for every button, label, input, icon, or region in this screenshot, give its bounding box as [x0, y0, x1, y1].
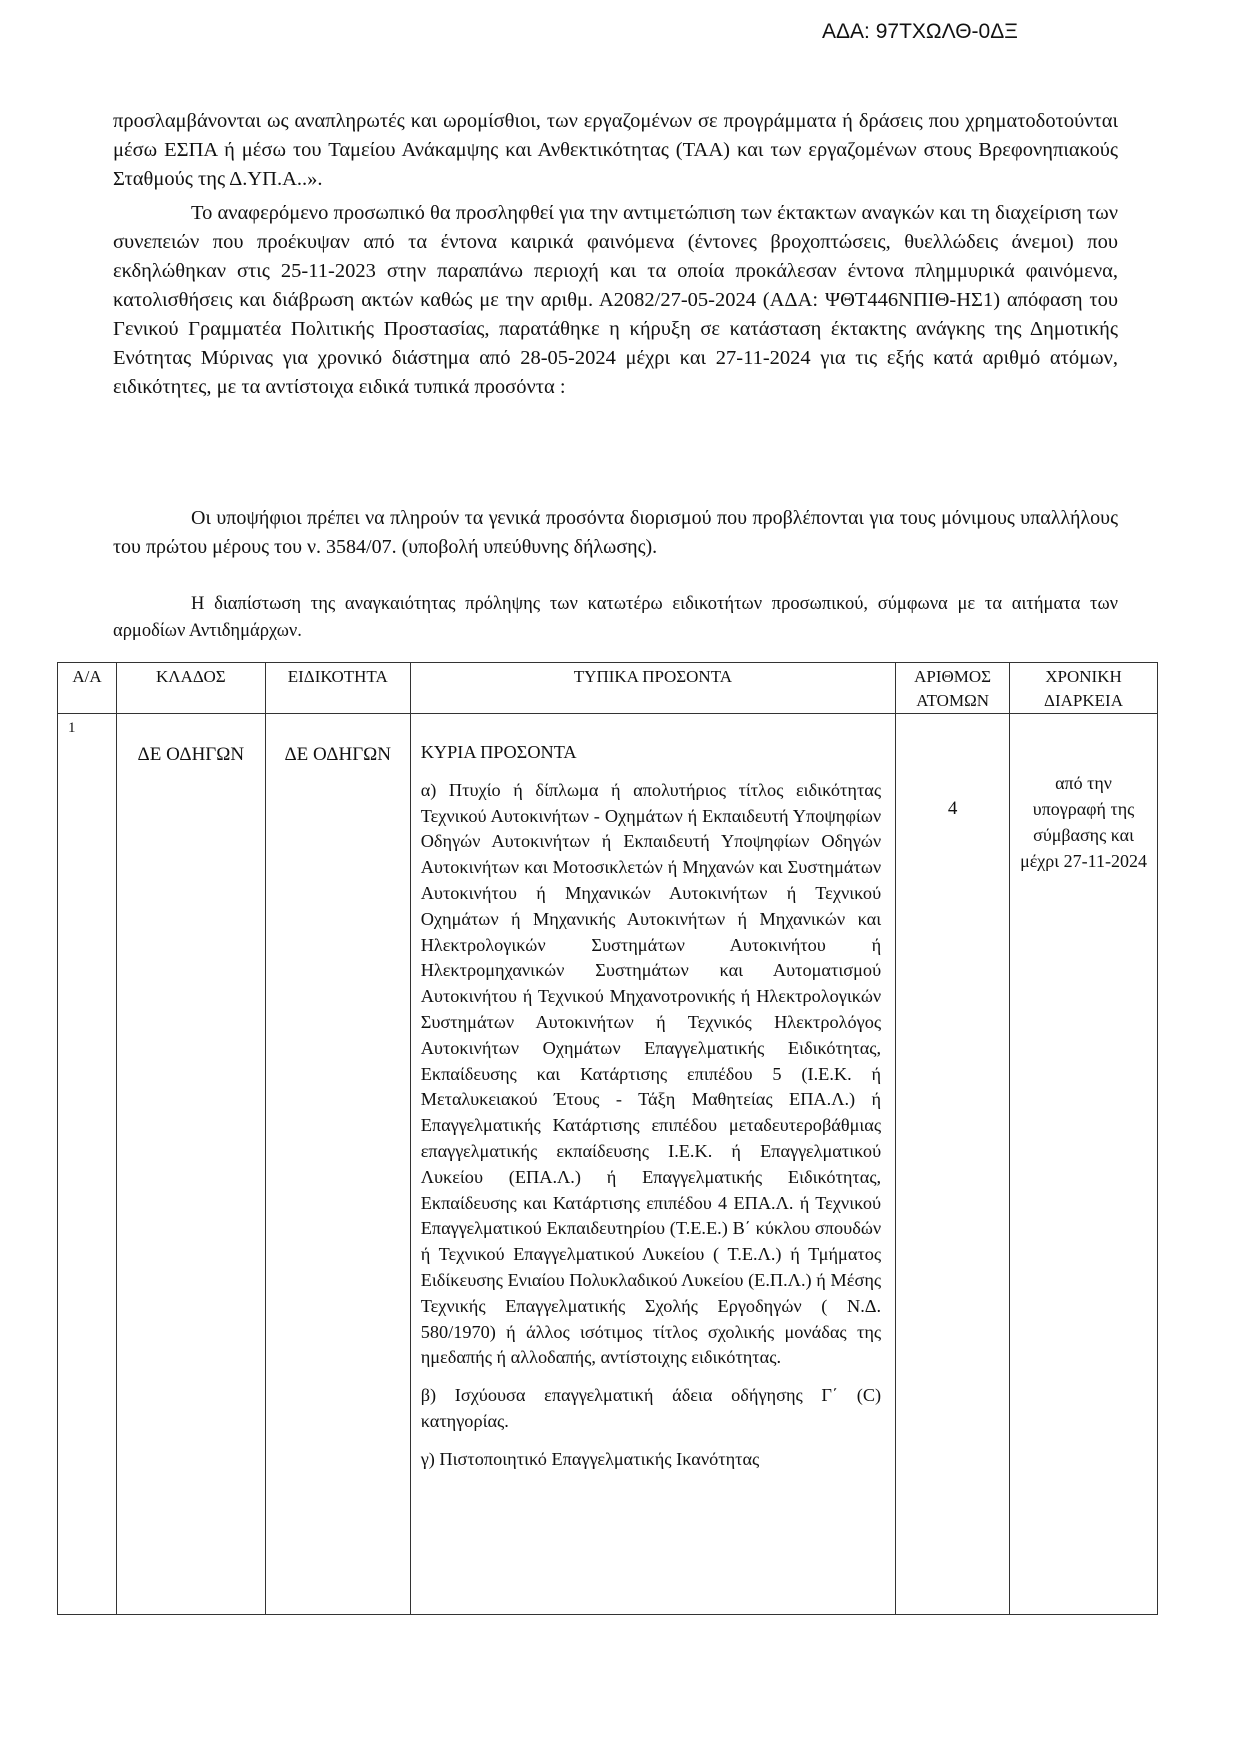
- ada-code: ΑΔΑ: 97ΤΧΩΛΘ-0ΔΞ: [822, 20, 1018, 44]
- header-diarkeia-line1: ΧΡΟΝΙΚΗ: [1010, 665, 1157, 689]
- prosonta-item-a: α) Πτυχίο ή δίπλωμα ή απολυτήριος τίτλος…: [421, 778, 881, 1371]
- header-diarkeia: ΧΡΟΝΙΚΗ ΔΙΑΡΚΕΙΑ: [1010, 663, 1158, 714]
- paragraph-general-qualifications: Οι υποψήφιοι πρέπει να πληρούν τα γενικά…: [113, 504, 1118, 562]
- header-arithmos-line1: ΑΡΙΘΜΟΣ: [896, 665, 1009, 689]
- table-header-row: Α/Α ΚΛΑΔΟΣ ΕΙΔΙΚΟΤΗΤΑ ΤΥΠΙΚΑ ΠΡΟΣΟΝΤΑ ΑΡ…: [58, 663, 1158, 714]
- cell-eidikotita: ΔΕ ΟΔΗΓΩΝ: [265, 714, 410, 1615]
- header-diarkeia-line2: ΔΙΑΡΚΕΙΑ: [1010, 689, 1157, 713]
- cell-prosonta: ΚΥΡΙΑ ΠΡΟΣΟΝΤΑ α) Πτυχίο ή δίπλωμα ή απο…: [410, 714, 895, 1615]
- header-aa: Α/Α: [58, 663, 117, 714]
- cell-klados: ΔΕ ΟΔΗΓΩΝ: [116, 714, 265, 1615]
- qualifications-table: Α/Α ΚΛΑΔΟΣ ΕΙΔΙΚΟΤΗΤΑ ΤΥΠΙΚΑ ΠΡΟΣΟΝΤΑ ΑΡ…: [57, 662, 1158, 1615]
- table-row: 1 ΔΕ ΟΔΗΓΩΝ ΔΕ ΟΔΗΓΩΝ ΚΥΡΙΑ ΠΡΟΣΟΝΤΑ α) …: [58, 714, 1158, 1615]
- paragraph-personnel-purpose-text: Το αναφερόμενο προσωπικό θα προσληφθεί γ…: [113, 202, 1118, 398]
- paragraph-general-qualifications-text: Οι υποψήφιοι πρέπει να πληρούν τα γενικά…: [113, 507, 1118, 558]
- prosonta-item-b: β) Ισχύουσα επαγγελματική άδεια οδήγησης…: [421, 1383, 881, 1435]
- header-arithmos-line2: ΑΤΟΜΩΝ: [896, 689, 1009, 713]
- cell-arithmos: 4: [896, 714, 1010, 1615]
- header-eidikotita: ΕΙΔΙΚΟΤΗΤΑ: [265, 663, 410, 714]
- header-arithmos: ΑΡΙΘΜΟΣ ΑΤΟΜΩΝ: [896, 663, 1010, 714]
- header-klados: ΚΛΑΔΟΣ: [116, 663, 265, 714]
- header-prosonta: ΤΥΠΙΚΑ ΠΡΟΣΟΝΤΑ: [410, 663, 895, 714]
- paragraph-personnel-purpose: Το αναφερόμενο προσωπικό θα προσληφθεί γ…: [113, 199, 1118, 402]
- paragraph-necessity: Η διαπίστωση της αναγκαιότητας πρόληψης …: [113, 591, 1118, 645]
- prosonta-item-c: γ) Πιστοποιητικό Επαγγελματικής Ικανότητ…: [421, 1447, 881, 1473]
- paragraph-necessity-text: Η διαπίστωση της αναγκαιότητας πρόληψης …: [113, 594, 1118, 641]
- cell-diarkeia: από την υπογραφή της σύμβασης και μέχρι …: [1010, 714, 1158, 1615]
- prosonta-title: ΚΥΡΙΑ ΠΡΟΣΟΝΤΑ: [421, 740, 881, 766]
- paragraph-continuation: προσλαμβάνονται ως αναπληρωτές και ωρομί…: [113, 107, 1118, 194]
- cell-aa: 1: [58, 714, 117, 1615]
